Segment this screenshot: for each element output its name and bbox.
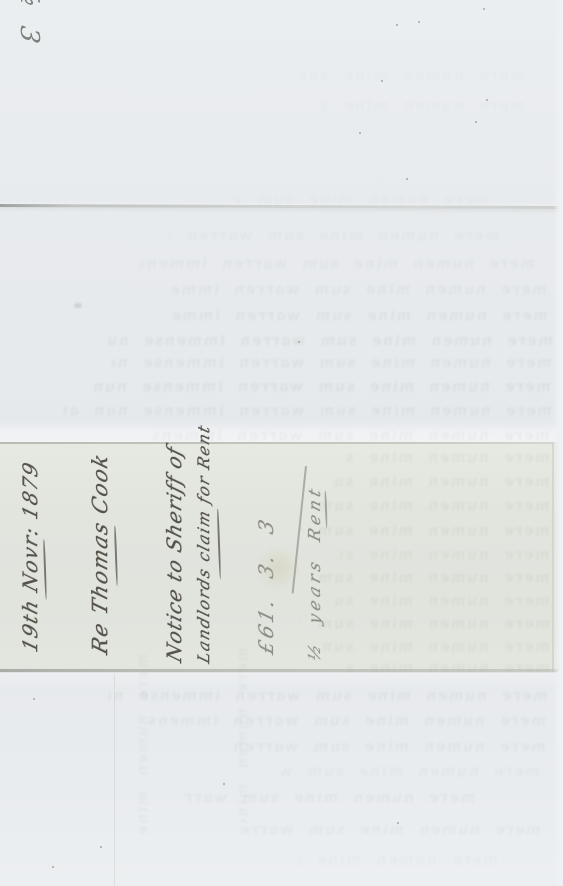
- docket-subject-text: Notice to Sheriff of: [162, 443, 186, 665]
- bleedthrough-line: mere numen mine sum warren immense nun a…: [138, 254, 537, 271]
- bleedthrough-line: mere numen mine sum warren immense nun a…: [236, 820, 543, 837]
- bleedthrough-line: mere numen mine sum warren immense nun a…: [226, 737, 548, 754]
- dust-speck: [223, 783, 225, 785]
- paper-stain: [256, 545, 300, 591]
- bleedthrough-line: mere numen mine sum warren immense nun a…: [298, 614, 552, 631]
- docket-date: 19th Novr: 1879: [18, 480, 42, 655]
- bleedthrough-line: mere numen mine sum warren immense nun a…: [106, 331, 555, 348]
- dust-speck: [418, 21, 420, 23]
- bleedthrough-line: mere numen mine sum warren immense nun a…: [298, 66, 527, 83]
- dust-speck: [397, 822, 399, 824]
- dust-speck: [396, 24, 398, 26]
- dust-speck: [381, 80, 383, 82]
- bleedthrough-line: mere numen mine sum warren immense nun a…: [93, 377, 553, 394]
- dust-speck: [33, 698, 35, 700]
- docket-date-text: 19th Novr: 1879: [18, 458, 42, 655]
- bleedthrough-line: mere numen mine sum warren immense nun a…: [320, 637, 552, 654]
- bleedthrough-line: mere numen mine sum warren immense nun a…: [170, 280, 549, 297]
- paper-smudge: [74, 303, 82, 308]
- bleedthrough-line: mere numen mine sum warren immense nun a…: [343, 658, 552, 675]
- bleedthrough-line: mere numen mine sum warren immense nun a…: [316, 496, 552, 513]
- dust-speck: [298, 341, 300, 343]
- docket-amount-note: ½ years Rent: [305, 483, 324, 663]
- bleedthrough-line: mere numen mine sum warren immense nun a…: [296, 850, 500, 867]
- bleedthrough-line: mere numen mine sum warren immense nun a…: [233, 190, 492, 207]
- bleedthrough-line: mere numen mine sum warren immense nun a…: [330, 591, 552, 608]
- dust-speck: [483, 8, 485, 10]
- bleedthrough-line: mere numen mine sum warren immense nun a…: [333, 472, 552, 489]
- bleedthrough-line: mere numen mine sum warren immense nun a…: [106, 686, 550, 703]
- bleedthrough-line: mere numen mine sum warren immense nun a…: [146, 711, 548, 728]
- bleedthrough-line: mere numen mine sum warren immense nun a…: [318, 96, 527, 113]
- bleedthrough-line: mere numen mine sum warren immense nun a…: [60, 401, 554, 418]
- docket-re-text: Re Thomas Cook: [88, 450, 112, 657]
- dust-speck: [359, 132, 361, 134]
- bleedthrough-line: mere numen mine sum warren immense nun a…: [343, 448, 552, 465]
- dust-speck: [475, 121, 477, 123]
- bleedthrough-line: mere numen mine sum warren immense nun a…: [233, 645, 250, 824]
- dust-speck: [486, 99, 488, 101]
- bleedthrough-line: mere numen mine sum warren immense nun a…: [280, 762, 542, 779]
- corner-annotation: № 3: [14, 0, 44, 79]
- docket-re-line: Re Thomas Cook: [88, 478, 112, 657]
- bleedthrough-line: mere numen mine sum warren immense nun a…: [298, 521, 552, 538]
- bleedthrough-line: mere numen mine sum warren immense nun a…: [168, 226, 502, 243]
- bleedthrough-line: mere numen mine sum warren immense nun a…: [168, 306, 550, 323]
- docket-amount-note-text: ½ years Rent: [305, 483, 324, 664]
- dust-speck: [406, 178, 408, 180]
- docket-subject-text: Landlords claim for Rent: [194, 422, 213, 666]
- scanned-document: mere numen mine sum warren immense nun a…: [0, 0, 563, 886]
- bleedthrough-line: mere numen mine sum warren immense nun a…: [308, 568, 552, 585]
- paper-right-edge: [553, 0, 563, 886]
- dust-speck: [100, 846, 102, 848]
- bleedthrough-line: mere numen mine sum warren immense nun a…: [133, 652, 150, 836]
- docket-subject-line1: Notice to Sheriff of: [162, 443, 186, 665]
- paper-right-edge: [552, 443, 554, 672]
- dust-speck: [52, 866, 54, 868]
- bleedthrough-line: mere numen mine sum warren immense nun a…: [110, 353, 554, 370]
- vertical-crease: [114, 674, 115, 886]
- docket-subject-line2: Landlords claim for Rent: [194, 445, 213, 665]
- bleedthrough-line: mere numen mine sum warren immense nun a…: [336, 545, 552, 562]
- bleedthrough-line: mere numen mine sum warren immense nun a…: [183, 788, 477, 805]
